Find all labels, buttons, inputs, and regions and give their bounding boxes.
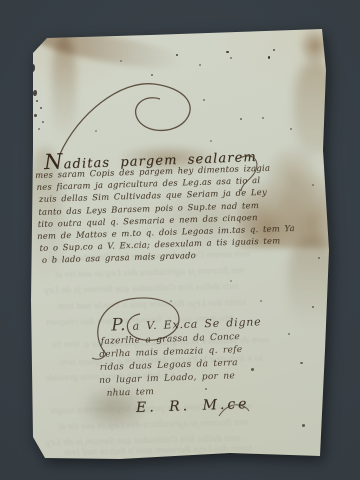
manuscript-petition: P. a V. Ex.ca Se digne fazerlhe a grassa…	[97, 312, 264, 401]
verso-line: tanto das Leys Barasem pois o Sup.te nad…	[58, 298, 246, 311]
ink-speck	[95, 130, 97, 132]
ink-speck	[260, 300, 262, 302]
verso-line: zuis dellas Sim Cultivadas que Seriam ja…	[44, 282, 239, 295]
ink-speck	[251, 368, 254, 371]
ink-speck	[36, 100, 38, 102]
ink-speck	[40, 107, 42, 109]
ink-speck	[312, 184, 314, 186]
ink-speck	[210, 140, 212, 142]
stain-right-upper	[294, 60, 336, 155]
ink-speck	[230, 57, 232, 59]
ink-speck	[312, 306, 314, 308]
ink-speck	[318, 257, 320, 259]
ink-speck	[262, 117, 264, 119]
stain-top-left-diagonal	[33, 23, 185, 75]
ink-speck	[230, 280, 232, 282]
manuscript-body: mes saram Copis des pargem hey dimentos …	[35, 161, 296, 267]
ink-speck	[205, 388, 207, 390]
verso-line: nes ficaram ja agricultura des Leg.as as…	[58, 418, 248, 431]
ink-speck	[33, 90, 37, 96]
photograph: mes saram Copis des pargem hey dimentos …	[0, 0, 360, 480]
ink-speck	[120, 60, 122, 62]
ink-speck	[288, 333, 290, 335]
ink-speck	[170, 300, 172, 302]
ink-speck	[226, 51, 229, 53]
manuscript-paper: mes saram Copis des pargem hey dimentos …	[0, 0, 360, 480]
ink-speck	[151, 74, 153, 76]
ink-speck	[34, 114, 37, 117]
ink-speck	[38, 128, 40, 130]
ink-speck	[30, 64, 35, 72]
ink-speck	[302, 424, 305, 427]
stain-top-right-corner	[298, 27, 332, 65]
stain-top-vertical	[52, 36, 76, 141]
ink-speck	[300, 362, 303, 364]
ink-speck	[268, 56, 270, 59]
ink-speck	[290, 128, 292, 130]
verso-line: nes ficaram ja agricultura des Leg.as as…	[55, 266, 245, 279]
ink-speck	[240, 118, 242, 120]
manuscript-closing: E. R. M.ce	[136, 396, 250, 416]
ink-speck	[176, 54, 178, 56]
ink-speck	[42, 121, 44, 123]
ink-speck	[273, 49, 275, 51]
ink-speck	[199, 64, 201, 66]
ink-speck	[203, 99, 205, 101]
paper-shadow: mes saram Copis des pargem hey dimentos …	[0, 0, 360, 480]
